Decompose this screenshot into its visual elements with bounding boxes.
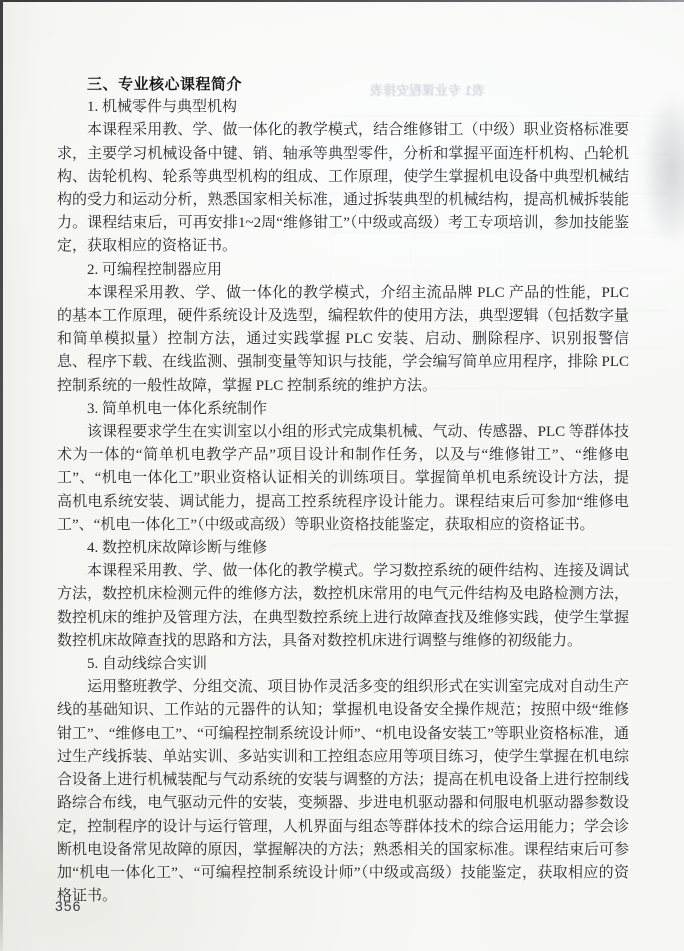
course-section-2: 2. 可编程控制器应用 本课程采用教、学、做一体化的教学模式，介绍主流品牌 PL… bbox=[57, 259, 629, 398]
course-section-5: 5. 自动线综合实训 运用整班教学、分组交流、项目协作灵活多变的组织形式在实训室… bbox=[57, 653, 629, 908]
course-section-1: 1. 机械零件与典型机构 本课程采用教、学、做一体化的教学模式，结合维修钳工（中… bbox=[57, 96, 629, 258]
course-2-title: 2. 可编程控制器应用 bbox=[57, 259, 629, 282]
page-content: 三、专业核心课程简介 1. 机械零件与典型机构 本课程采用教、学、做一体化的教学… bbox=[57, 73, 629, 908]
course-5-description: 运用整班教学、分组交流、项目协作灵活多变的组织形式在实训室完成对自动生产线的基础… bbox=[57, 676, 629, 908]
course-1-title: 1. 机械零件与典型机构 bbox=[57, 96, 629, 119]
course-5-title: 5. 自动线综合实训 bbox=[57, 653, 629, 676]
scanned-book-page: 表1 专业课程安排表 三、专业核心课程简介 1. 机械零件与典型机构 本课程采用… bbox=[0, 0, 684, 951]
page-curl-shadow bbox=[642, 95, 684, 245]
course-section-4: 4. 数控机床故障诊断与维修 本课程采用教、学、做一体化的教学模式。学习数控系统… bbox=[57, 537, 629, 653]
section-heading: 三、专业核心课程简介 bbox=[57, 73, 629, 96]
course-3-title: 3. 简单机电一体化系统制作 bbox=[57, 398, 629, 421]
page-number: 356 bbox=[55, 898, 81, 914]
scan-top-edge bbox=[0, 0, 684, 2]
course-2-description: 本课程采用教、学、做一体化的教学模式，介绍主流品牌 PLC 产品的性能，PLC … bbox=[57, 282, 629, 398]
course-4-description: 本课程采用教、学、做一体化的教学模式。学习数控系统的硬件结构、连接及调试方法，数… bbox=[57, 560, 629, 653]
course-3-description: 该课程要求学生在实训室以小组的形式完成集机械、气动、传感器、PLC 等群体技术为… bbox=[57, 421, 629, 537]
course-4-title: 4. 数控机床故障诊断与维修 bbox=[57, 537, 629, 560]
course-section-3: 3. 简单机电一体化系统制作 该课程要求学生在实训室以小组的形式完成集机械、气动… bbox=[57, 398, 629, 537]
scan-left-edge bbox=[0, 0, 3, 951]
course-1-description: 本课程采用教、学、做一体化的教学模式，结合维修钳工（中级）职业资格标准要求，主要… bbox=[57, 119, 629, 258]
